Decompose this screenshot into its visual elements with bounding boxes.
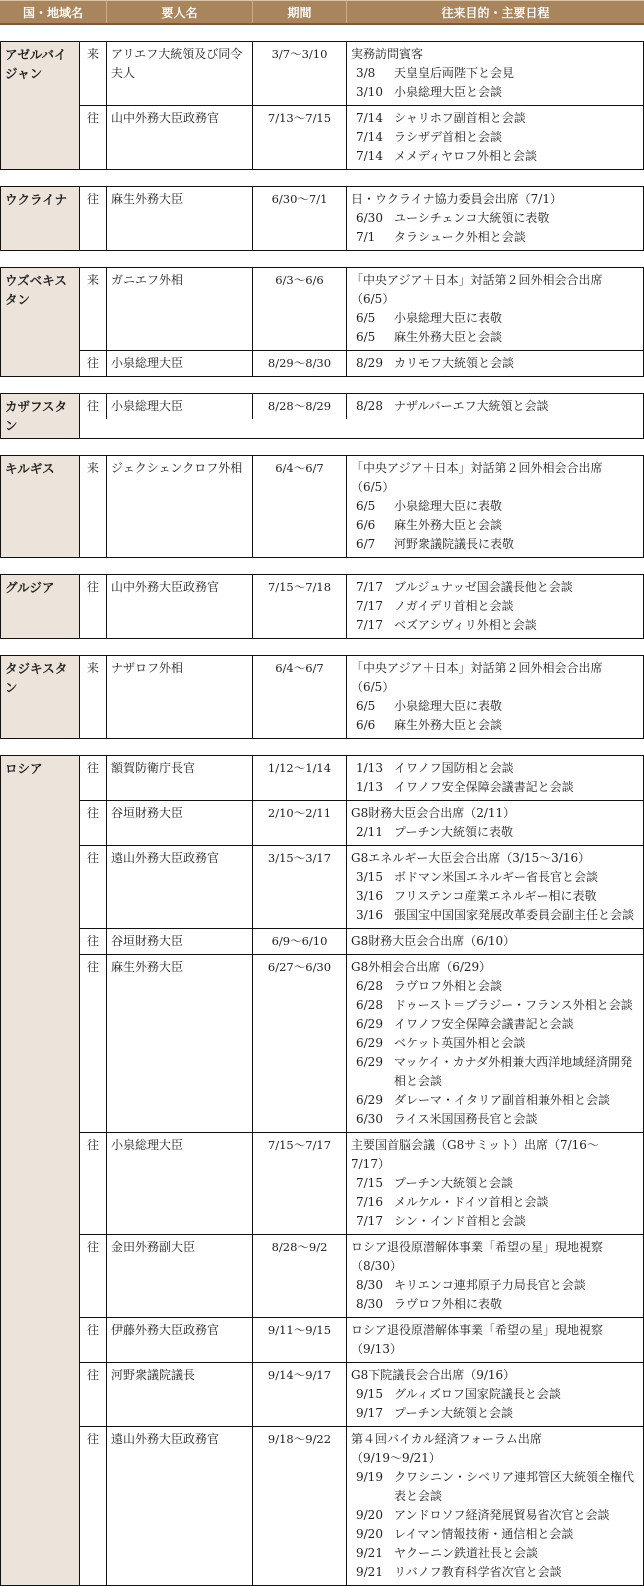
person-cell: 遠山外務大臣政務官 xyxy=(107,1427,253,1585)
schedule-text: イワノフ国防相と会談 xyxy=(394,759,639,778)
country-name: タジキスタン xyxy=(1,656,80,738)
schedule-item: 1/13イワノフ国防相と会談 xyxy=(351,759,639,778)
purpose-lead: 主要国首脳会議（G8サミット）出席（7/16～ xyxy=(351,1136,639,1155)
country-block: カザフスタン往小泉総理大臣8/28～8/298/28ナザルバーエフ大統領と会談 xyxy=(0,393,644,439)
period-cell: 6/3～6/6 xyxy=(253,268,347,350)
schedule-item: 9/20アンドロソフ経済発展貿易省次官と会談 xyxy=(351,1506,639,1525)
direction-cell: 往 xyxy=(80,394,107,419)
purpose-cell: ロシア退役原潜解体事業「希望の星」現地視察（9/13） xyxy=(347,1318,643,1362)
schedule-date: 6/29 xyxy=(351,1053,394,1091)
schedule-item: 7/17ブルジュナッゼ国会議長他と会談 xyxy=(351,578,639,597)
visit-rows: 来ガニエフ外相6/3～6/6「中央アジア＋日本」対話第２回外相会合出席（6/5）… xyxy=(80,268,643,376)
person-cell: 麻生外務大臣 xyxy=(107,955,253,1132)
schedule-text: ラシザデ首相と会談 xyxy=(394,128,639,147)
schedule-text: レイマン情報技術・通信相と会談 xyxy=(394,1525,639,1544)
schedule-date: 7/1 xyxy=(351,228,394,247)
purpose-cell: 7/14シャリホフ副首相と会談7/14ラシザデ首相と会談7/14メメディヤロフ外… xyxy=(347,106,643,169)
visit-rows: 往山中外務大臣政務官7/15～7/187/17ブルジュナッゼ国会議長他と会談7/… xyxy=(80,575,643,638)
schedule-date: 9/17 xyxy=(351,1404,394,1423)
purpose-cell: ロシア退役原潜解体事業「希望の星」現地視察（8/30）8/30キリエンコ連邦原子… xyxy=(347,1235,643,1317)
schedule-item: 9/19クワシニン・シベリア連邦管区大統領全権代表と会談 xyxy=(351,1468,639,1506)
direction-cell: 往 xyxy=(80,756,107,800)
person-cell: 遠山外務大臣政務官 xyxy=(107,846,253,928)
schedule-date: 9/20 xyxy=(351,1506,394,1525)
schedule-date: 6/30 xyxy=(351,209,394,228)
country-name: アゼルバイジャン xyxy=(1,42,80,169)
schedule-text: 小泉総理大臣と会談 xyxy=(394,83,639,102)
direction-cell: 来 xyxy=(80,456,107,557)
schedule-date: 2/11 xyxy=(351,823,394,842)
direction-cell: 往 xyxy=(80,1133,107,1234)
schedule-date: 9/21 xyxy=(351,1544,394,1563)
schedule-date: 9/15 xyxy=(351,1385,394,1404)
person-cell: 小泉総理大臣 xyxy=(107,1133,253,1234)
period-cell: 8/28～9/2 xyxy=(253,1235,347,1317)
period-cell: 8/28～8/29 xyxy=(253,394,347,419)
table-row: 往山中外務大臣政務官7/15～7/187/17ブルジュナッゼ国会議長他と会談7/… xyxy=(80,575,643,638)
schedule-item: 6/30ライス米国国務長官と会談 xyxy=(351,1110,639,1129)
schedule-date: 3/16 xyxy=(351,887,394,906)
schedule-text: ベケット英国外相と会談 xyxy=(394,1034,639,1053)
purpose-cell: 日・ウクライナ協力委員会出席（7/1）6/30ユーシチェンコ大統領に表敬7/1タ… xyxy=(347,187,643,250)
schedule-text: グルィズロフ国家院議長と会談 xyxy=(394,1385,639,1404)
country-name: ウクライナ xyxy=(1,187,80,250)
schedule-item: 3/15ボドマン米国エネルギー省長官と会談 xyxy=(351,868,639,887)
schedule-text: 河野衆議院議長に表敬 xyxy=(394,535,639,554)
schedule-date: 3/16 xyxy=(351,906,394,925)
schedule-date: 6/5 xyxy=(351,697,394,716)
schedule-text: カリモフ大統領と会談 xyxy=(394,354,639,373)
direction-cell: 往 xyxy=(80,1427,107,1585)
purpose-lead: G8下院議長会合出席（9/16） xyxy=(351,1366,639,1385)
table-row: 来ジェクシェンクロフ外相6/4～6/7「中央アジア＋日本」対話第２回外相会合出席… xyxy=(80,456,643,557)
period-cell: 2/10～2/11 xyxy=(253,801,347,845)
schedule-date: 6/5 xyxy=(351,328,394,347)
purpose-lead: ロシア退役原潜解体事業「希望の星」現地視察 xyxy=(351,1321,639,1340)
period-cell: 9/18～9/22 xyxy=(253,1427,347,1585)
schedule-text: シン・インド首相と会談 xyxy=(394,1212,639,1231)
purpose-lead: G8外相会合出席（6/29） xyxy=(351,958,639,977)
direction-cell: 来 xyxy=(80,42,107,105)
table-row: 往小泉総理大臣8/28～8/298/28ナザルバーエフ大統領と会談 xyxy=(80,394,643,419)
schedule-date: 1/13 xyxy=(351,778,394,797)
schedule-text: ラヴロフ外相に表敬 xyxy=(394,1295,639,1314)
schedule-text: ブルジュナッゼ国会議長他と会談 xyxy=(394,578,639,597)
header-period: 期間 xyxy=(253,1,347,23)
schedule-text: ヤクーニン鉄道社長と会談 xyxy=(394,1544,639,1563)
schedule-item: 7/16メルケル・ドイツ首相と会談 xyxy=(351,1193,639,1212)
schedule-item: 8/28ナザルバーエフ大統領と会談 xyxy=(351,397,639,416)
schedule-item: 7/14ラシザデ首相と会談 xyxy=(351,128,639,147)
schedule-text: アンドロソフ経済発展貿易省次官と会談 xyxy=(394,1506,639,1525)
purpose-cell: 「中央アジア＋日本」対話第２回外相会合出席（6/5）6/5小泉総理大臣に表敬6/… xyxy=(347,268,643,350)
purpose-lead: （9/19～9/21） xyxy=(351,1449,639,1468)
country-block: アゼルバイジャン来アリエフ大統領及び同令夫人3/7～3/10実務訪問賓客3/8天… xyxy=(0,41,644,170)
table-row: 往谷垣財務大臣6/9～6/10G8財務大臣会合出席（6/10） xyxy=(80,928,643,954)
schedule-date: 6/28 xyxy=(351,977,394,996)
schedule-item: 8/29カリモフ大統領と会談 xyxy=(351,354,639,373)
schedule-text: ベズアシヴィリ外相と会談 xyxy=(394,616,639,635)
purpose-cell: 実務訪問賓客3/8天皇皇后両陛下と会見3/10小泉総理大臣と会談 xyxy=(347,42,643,105)
table-row: 往小泉総理大臣7/15～7/17主要国首脳会議（G8サミット）出席（7/16～7… xyxy=(80,1132,643,1234)
schedule-text: ノガイデリ首相と会談 xyxy=(394,597,639,616)
visit-rows: 来アリエフ大統領及び同令夫人3/7～3/10実務訪問賓客3/8天皇皇后両陛下と会… xyxy=(80,42,643,169)
schedule-item: 7/14シャリホフ副首相と会談 xyxy=(351,109,639,128)
schedule-text: キリエンコ連邦原子力局長官と会談 xyxy=(394,1276,639,1295)
direction-cell: 往 xyxy=(80,1318,107,1362)
person-cell: 伊藤外務大臣政務官 xyxy=(107,1318,253,1362)
schedule-item: 9/21ヤクーニン鉄道社長と会談 xyxy=(351,1544,639,1563)
schedule-item: 6/5小泉総理大臣に表敬 xyxy=(351,697,639,716)
purpose-cell: 「中央アジア＋日本」対話第２回外相会合出席（6/5）6/5小泉総理大臣に表敬6/… xyxy=(347,456,643,557)
direction-cell: 往 xyxy=(80,1235,107,1317)
purpose-lead: G8財務大臣会合出席（2/11） xyxy=(351,804,639,823)
country-block: ウズベキスタン来ガニエフ外相6/3～6/6「中央アジア＋日本」対話第２回外相会合… xyxy=(0,267,644,377)
period-cell: 3/7～3/10 xyxy=(253,42,347,105)
header-country: 国・地域名 xyxy=(0,1,107,23)
schedule-item: 7/17ノガイデリ首相と会談 xyxy=(351,597,639,616)
purpose-lead: 「中央アジア＋日本」対話第２回外相会合出席 xyxy=(351,459,639,478)
schedule-date: 8/28 xyxy=(351,397,394,416)
direction-cell: 往 xyxy=(80,929,107,954)
purpose-cell: 主要国首脳会議（G8サミット）出席（7/16～7/17）7/15プーチン大統領と… xyxy=(347,1133,643,1234)
country-block: グルジア往山中外務大臣政務官7/15～7/187/17ブルジュナッゼ国会議長他と… xyxy=(0,574,644,639)
schedule-text: 小泉総理大臣に表敬 xyxy=(394,497,639,516)
table-row: 往伊藤外務大臣政務官9/11～9/15ロシア退役原潜解体事業「希望の星」現地視察… xyxy=(80,1317,643,1362)
purpose-cell: G8下院議長会合出席（9/16）9/15グルィズロフ国家院議長と会談9/17プー… xyxy=(347,1363,643,1426)
schedule-text: メメディヤロフ外相と会談 xyxy=(394,147,639,166)
person-cell: 額賀防衛庁長官 xyxy=(107,756,253,800)
schedule-item: 3/16フリステンコ産業エネルギー相に表敬 xyxy=(351,887,639,906)
schedule-date: 9/20 xyxy=(351,1525,394,1544)
schedule-date: 8/30 xyxy=(351,1295,394,1314)
purpose-lead: （6/5） xyxy=(351,290,639,309)
visit-rows: 往麻生外務大臣6/30～7/1日・ウクライナ協力委員会出席（7/1）6/30ユー… xyxy=(80,187,643,250)
schedule-text: 麻生外務大臣と会談 xyxy=(394,716,639,735)
country-name: カザフスタン xyxy=(1,394,80,438)
schedule-date: 6/6 xyxy=(351,516,394,535)
person-cell: 小泉総理大臣 xyxy=(107,394,253,419)
table-row: 往金田外務副大臣8/28～9/2ロシア退役原潜解体事業「希望の星」現地視察（8/… xyxy=(80,1234,643,1317)
visit-rows: 往額賀防衛庁長官1/12～1/141/13イワノフ国防相と会談1/13イワノフ安… xyxy=(80,756,643,1585)
purpose-lead: 日・ウクライナ協力委員会出席（7/1） xyxy=(351,190,639,209)
schedule-text: プーチン大統領と会談 xyxy=(394,1174,639,1193)
schedule-text: 小泉総理大臣に表敬 xyxy=(394,309,639,328)
schedule-text: 天皇皇后両陛下と会見 xyxy=(394,64,639,83)
schedule-text: イワノフ安全保障会議書記と会談 xyxy=(394,1015,639,1034)
purpose-lead: G8財務大臣会合出席（6/10） xyxy=(351,932,639,951)
person-cell: アリエフ大統領及び同令夫人 xyxy=(107,42,253,105)
header-person: 要人名 xyxy=(107,1,253,23)
person-cell: 麻生外務大臣 xyxy=(107,187,253,250)
schedule-item: 3/16張国宝中国国家発展改革委員会副主任と会談 xyxy=(351,906,639,925)
country-name: ロシア xyxy=(1,756,80,1585)
person-cell: ジェクシェンクロフ外相 xyxy=(107,456,253,557)
schedule-text: 麻生外務大臣と会談 xyxy=(394,328,639,347)
direction-cell: 来 xyxy=(80,656,107,738)
schedule-date: 3/10 xyxy=(351,83,394,102)
direction-cell: 往 xyxy=(80,187,107,250)
direction-cell: 往 xyxy=(80,955,107,1132)
schedule-date: 8/30 xyxy=(351,1276,394,1295)
period-cell: 7/15～7/18 xyxy=(253,575,347,638)
period-cell: 3/15～3/17 xyxy=(253,846,347,928)
direction-cell: 往 xyxy=(80,106,107,169)
purpose-cell: 第４回バイカル経済フォーラム出席（9/19～9/21）9/19クワシニン・シベリ… xyxy=(347,1427,643,1585)
table-row: 往山中外務大臣政務官7/13～7/157/14シャリホフ副首相と会談7/14ラシ… xyxy=(80,105,643,169)
schedule-item: 9/17プーチン大統領と会談 xyxy=(351,1404,639,1423)
schedule-text: フリステンコ産業エネルギー相に表敬 xyxy=(394,887,639,906)
schedule-date: 7/17 xyxy=(351,597,394,616)
schedule-text: ライス米国国務長官と会談 xyxy=(394,1110,639,1129)
schedule-date: 7/14 xyxy=(351,128,394,147)
purpose-lead: G8エネルギー大臣会合出席（3/15～3/16） xyxy=(351,849,639,868)
visit-rows: 来ナザロフ外相6/4～6/7「中央アジア＋日本」対話第２回外相会合出席（6/5）… xyxy=(80,656,643,738)
table-body: アゼルバイジャン来アリエフ大統領及び同令夫人3/7～3/10実務訪問賓客3/8天… xyxy=(0,41,644,1586)
schedule-text: ラヴロフ外相と会談 xyxy=(394,977,639,996)
table-row: 往額賀防衛庁長官1/12～1/141/13イワノフ国防相と会談1/13イワノフ安… xyxy=(80,756,643,800)
table-row: 来アリエフ大統領及び同令夫人3/7～3/10実務訪問賓客3/8天皇皇后両陛下と会… xyxy=(80,42,643,105)
country-block: キルギス来ジェクシェンクロフ外相6/4～6/7「中央アジア＋日本」対話第２回外相… xyxy=(0,455,644,558)
purpose-lead: （6/5） xyxy=(351,678,639,697)
person-cell: 谷垣財務大臣 xyxy=(107,929,253,954)
purpose-lead: 第４回バイカル経済フォーラム出席 xyxy=(351,1430,639,1449)
direction-cell: 往 xyxy=(80,575,107,638)
period-cell: 6/9～6/10 xyxy=(253,929,347,954)
table-row: 来ガニエフ外相6/3～6/6「中央アジア＋日本」対話第２回外相会合出席（6/5）… xyxy=(80,268,643,350)
person-cell: 山中外務大臣政務官 xyxy=(107,106,253,169)
table-row: 往遠山外務大臣政務官9/18～9/22第４回バイカル経済フォーラム出席（9/19… xyxy=(80,1426,643,1585)
period-cell: 9/14～9/17 xyxy=(253,1363,347,1426)
person-cell: 金田外務副大臣 xyxy=(107,1235,253,1317)
schedule-item: 6/5小泉総理大臣に表敬 xyxy=(351,497,639,516)
person-cell: 山中外務大臣政務官 xyxy=(107,575,253,638)
visit-rows: 来ジェクシェンクロフ外相6/4～6/7「中央アジア＋日本」対話第２回外相会合出席… xyxy=(80,456,643,557)
schedule-item: 9/21リバノフ教育科学省次官と会談 xyxy=(351,1563,639,1582)
period-cell: 6/27～6/30 xyxy=(253,955,347,1132)
table-row: 往河野衆議院議長9/14～9/17G8下院議長会合出席（9/16）9/15グルィ… xyxy=(80,1362,643,1426)
schedule-item: 6/5麻生外務大臣と会談 xyxy=(351,328,639,347)
schedule-item: 6/6麻生外務大臣と会談 xyxy=(351,516,639,535)
schedule-item: 6/28ドゥースト＝ブラジー・フランス外相と会談 xyxy=(351,996,639,1015)
purpose-cell: G8エネルギー大臣会合出席（3/15～3/16）3/15ボドマン米国エネルギー省… xyxy=(347,846,643,928)
schedule-item: 7/1タラシューク外相と会談 xyxy=(351,228,639,247)
country-name: グルジア xyxy=(1,575,80,638)
purpose-lead: 「中央アジア＋日本」対話第２回外相会合出席 xyxy=(351,659,639,678)
schedule-text: プーチン大統領と会談 xyxy=(394,1404,639,1423)
person-cell: ガニエフ外相 xyxy=(107,268,253,350)
purpose-lead: ロシア退役原潜解体事業「希望の星」現地視察 xyxy=(351,1238,639,1257)
schedule-text: イワノフ安全保障会議書記と会談 xyxy=(394,778,639,797)
table-row: 往小泉総理大臣8/29～8/308/29カリモフ大統領と会談 xyxy=(80,350,643,376)
schedule-date: 3/8 xyxy=(351,64,394,83)
schedule-text: タラシューク外相と会談 xyxy=(394,228,639,247)
schedule-text: プーチン大統領に表敬 xyxy=(394,823,639,842)
schedule-item: 1/13イワノフ安全保障会議書記と会談 xyxy=(351,778,639,797)
purpose-cell: 1/13イワノフ国防相と会談1/13イワノフ安全保障会議書記と会談 xyxy=(347,756,643,800)
country-block: ロシア往額賀防衛庁長官1/12～1/141/13イワノフ国防相と会談1/13イワ… xyxy=(0,755,644,1586)
period-cell: 1/12～1/14 xyxy=(253,756,347,800)
schedule-item: 7/14メメディヤロフ外相と会談 xyxy=(351,147,639,166)
country-name: キルギス xyxy=(1,456,80,557)
schedule-date: 6/30 xyxy=(351,1110,394,1129)
table-row: 往谷垣財務大臣2/10～2/11G8財務大臣会合出席（2/11）2/11プーチン… xyxy=(80,800,643,845)
person-cell: 河野衆議院議長 xyxy=(107,1363,253,1426)
purpose-cell: 7/17ブルジュナッゼ国会議長他と会談7/17ノガイデリ首相と会談7/17ベズア… xyxy=(347,575,643,638)
schedule-item: 2/11プーチン大統領に表敬 xyxy=(351,823,639,842)
schedule-text: ダレーマ・イタリア副首相兼外相と会談 xyxy=(394,1091,639,1110)
schedule-date: 7/15 xyxy=(351,1174,394,1193)
schedule-date: 6/29 xyxy=(351,1034,394,1053)
schedule-date: 7/17 xyxy=(351,1212,394,1231)
schedule-text: 麻生外務大臣と会談 xyxy=(394,516,639,535)
schedule-text: メルケル・ドイツ首相と会談 xyxy=(394,1193,639,1212)
schedule-item: 8/30ラヴロフ外相に表敬 xyxy=(351,1295,639,1314)
schedule-item: 7/17シン・インド首相と会談 xyxy=(351,1212,639,1231)
schedule-date: 3/15 xyxy=(351,868,394,887)
schedule-text: ボドマン米国エネルギー省長官と会談 xyxy=(394,868,639,887)
schedule-item: 6/29イワノフ安全保障会議書記と会談 xyxy=(351,1015,639,1034)
schedule-date: 9/21 xyxy=(351,1563,394,1582)
schedule-date: 7/17 xyxy=(351,616,394,635)
schedule-date: 6/7 xyxy=(351,535,394,554)
table-header: 国・地域名 要人名 期間 往来目的・主要日程 xyxy=(0,0,644,25)
schedule-item: 6/29ベケット英国外相と会談 xyxy=(351,1034,639,1053)
period-cell: 6/4～6/7 xyxy=(253,456,347,557)
schedule-text: リバノフ教育科学省次官と会談 xyxy=(394,1563,639,1582)
schedule-item: 8/30キリエンコ連邦原子力局長官と会談 xyxy=(351,1276,639,1295)
schedule-item: 6/29マッケイ・カナダ外相兼大西洋地域経済開発相と会談 xyxy=(351,1053,639,1091)
schedule-item: 6/29ダレーマ・イタリア副首相兼外相と会談 xyxy=(351,1091,639,1110)
schedule-date: 6/5 xyxy=(351,497,394,516)
schedule-date: 6/6 xyxy=(351,716,394,735)
purpose-lead: （6/5） xyxy=(351,478,639,497)
purpose-cell: 8/28ナザルバーエフ大統領と会談 xyxy=(347,394,643,419)
schedule-item: 7/15プーチン大統領と会談 xyxy=(351,1174,639,1193)
schedule-item: 6/30ユーシチェンコ大統領に表敬 xyxy=(351,209,639,228)
schedule-text: シャリホフ副首相と会談 xyxy=(394,109,639,128)
direction-cell: 往 xyxy=(80,351,107,376)
schedule-text: ドゥースト＝ブラジー・フランス外相と会談 xyxy=(394,996,639,1015)
purpose-lead: 実務訪問賓客 xyxy=(351,45,639,64)
schedule-text: クワシニン・シベリア連邦管区大統領全権代表と会談 xyxy=(394,1468,639,1506)
direction-cell: 往 xyxy=(80,846,107,928)
schedule-item: 3/10小泉総理大臣と会談 xyxy=(351,83,639,102)
schedule-date: 7/17 xyxy=(351,578,394,597)
schedule-text: 小泉総理大臣に表敬 xyxy=(394,697,639,716)
schedule-item: 6/28ラヴロフ外相と会談 xyxy=(351,977,639,996)
schedule-text: マッケイ・カナダ外相兼大西洋地域経済開発相と会談 xyxy=(394,1053,639,1091)
person-cell: 小泉総理大臣 xyxy=(107,351,253,376)
purpose-lead: 「中央アジア＋日本」対話第２回外相会合出席 xyxy=(351,271,639,290)
purpose-cell: G8財務大臣会合出席（6/10） xyxy=(347,929,643,954)
direction-cell: 往 xyxy=(80,801,107,845)
schedule-item: 9/15グルィズロフ国家院議長と会談 xyxy=(351,1385,639,1404)
table-row: 来ナザロフ外相6/4～6/7「中央アジア＋日本」対話第２回外相会合出席（6/5）… xyxy=(80,656,643,738)
country-block: ウクライナ往麻生外務大臣6/30～7/1日・ウクライナ協力委員会出席（7/1）6… xyxy=(0,186,644,251)
purpose-lead: （8/30） xyxy=(351,1257,639,1276)
header-purpose: 往来目的・主要日程 xyxy=(347,1,644,23)
schedule-date: 6/29 xyxy=(351,1091,394,1110)
country-name: ウズベキスタン xyxy=(1,268,80,376)
schedule-item: 9/20レイマン情報技術・通信相と会談 xyxy=(351,1525,639,1544)
visit-rows: 往小泉総理大臣8/28～8/298/28ナザルバーエフ大統領と会談 xyxy=(80,394,643,438)
purpose-lead: 7/17） xyxy=(351,1155,639,1174)
schedule-date: 1/13 xyxy=(351,759,394,778)
schedule-item: 7/17ベズアシヴィリ外相と会談 xyxy=(351,616,639,635)
schedule-item: 3/8天皇皇后両陛下と会見 xyxy=(351,64,639,83)
schedule-date: 6/29 xyxy=(351,1015,394,1034)
schedule-item: 6/7河野衆議院議長に表敬 xyxy=(351,535,639,554)
person-cell: ナザロフ外相 xyxy=(107,656,253,738)
period-cell: 8/29～8/30 xyxy=(253,351,347,376)
schedule-date: 6/5 xyxy=(351,309,394,328)
schedule-date: 7/14 xyxy=(351,147,394,166)
direction-cell: 往 xyxy=(80,1363,107,1426)
table-row: 往麻生外務大臣6/27～6/30G8外相会合出席（6/29）6/28ラヴロフ外相… xyxy=(80,954,643,1132)
person-cell: 谷垣財務大臣 xyxy=(107,801,253,845)
schedule-date: 7/14 xyxy=(351,109,394,128)
schedule-item: 6/6麻生外務大臣と会談 xyxy=(351,716,639,735)
purpose-cell: G8外相会合出席（6/29）6/28ラヴロフ外相と会談6/28ドゥースト＝ブラジ… xyxy=(347,955,643,1132)
country-block: タジキスタン来ナザロフ外相6/4～6/7「中央アジア＋日本」対話第２回外相会合出… xyxy=(0,655,644,739)
schedule-text: ナザルバーエフ大統領と会談 xyxy=(394,397,639,416)
schedule-item: 6/5小泉総理大臣に表敬 xyxy=(351,309,639,328)
direction-cell: 来 xyxy=(80,268,107,350)
period-cell: 7/15～7/17 xyxy=(253,1133,347,1234)
schedule-date: 9/19 xyxy=(351,1468,394,1506)
period-cell: 6/30～7/1 xyxy=(253,187,347,250)
schedule-text: ユーシチェンコ大統領に表敬 xyxy=(394,209,639,228)
purpose-cell: 8/29カリモフ大統領と会談 xyxy=(347,351,643,376)
period-cell: 9/11～9/15 xyxy=(253,1318,347,1362)
period-cell: 7/13～7/15 xyxy=(253,106,347,169)
schedule-text: 張国宝中国国家発展改革委員会副主任と会談 xyxy=(394,906,639,925)
schedule-date: 6/28 xyxy=(351,996,394,1015)
period-cell: 6/4～6/7 xyxy=(253,656,347,738)
purpose-lead: （9/13） xyxy=(351,1340,639,1359)
purpose-cell: 「中央アジア＋日本」対話第２回外相会合出席（6/5）6/5小泉総理大臣に表敬6/… xyxy=(347,656,643,738)
schedule-date: 7/16 xyxy=(351,1193,394,1212)
table-row: 往麻生外務大臣6/30～7/1日・ウクライナ協力委員会出席（7/1）6/30ユー… xyxy=(80,187,643,250)
schedule-date: 8/29 xyxy=(351,354,394,373)
purpose-cell: G8財務大臣会合出席（2/11）2/11プーチン大統領に表敬 xyxy=(347,801,643,845)
table-row: 往遠山外務大臣政務官3/15～3/17G8エネルギー大臣会合出席（3/15～3/… xyxy=(80,845,643,928)
